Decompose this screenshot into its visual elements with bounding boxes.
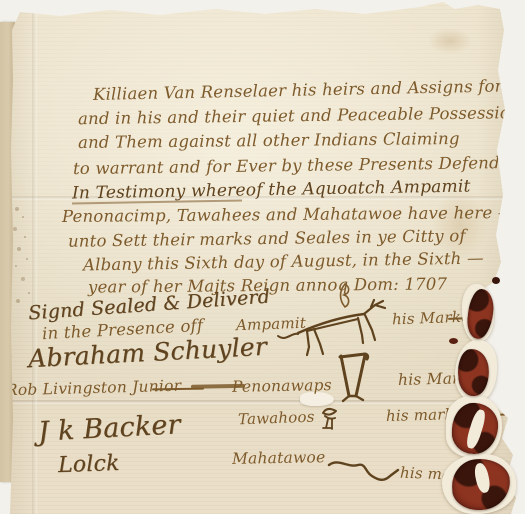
mark-name: Tawahoos xyxy=(238,408,315,429)
bird-pictograph-icon xyxy=(316,406,342,436)
paper-stain xyxy=(428,28,472,54)
mark-name: Penonawaps xyxy=(232,376,332,396)
attestation-line: Signd Sealed & Deliverd xyxy=(28,286,271,325)
deed-text-line: Killiaen Van Renselaer his heirs and Ass… xyxy=(93,75,525,104)
paper-stain xyxy=(432,190,488,260)
signature-rob-livingston: Rob Livingston Junior xyxy=(6,377,182,400)
vertical-fold xyxy=(32,10,37,514)
deed-text-line: Albany this Sixth day of August, in the … xyxy=(83,249,484,275)
mark-label: his Marke xyxy=(392,308,471,329)
mark-name: Mahatawoe xyxy=(232,448,326,468)
deed-text-line: and Them against all other Indians Claim… xyxy=(78,129,460,152)
horizontal-crease xyxy=(0,196,525,200)
signature-jk-backer: J k Backer xyxy=(37,409,181,447)
pen-underline xyxy=(72,200,242,204)
attestation-line: in the Presence off xyxy=(42,316,204,343)
signature-lolck: Lolck xyxy=(58,451,120,478)
deed-text-line: year of her Majts Reign annoq Dom: 1707 xyxy=(88,274,447,296)
snake-pictograph-icon xyxy=(328,458,400,484)
deed-text-line: unto Sett their marks and Seales in ye C… xyxy=(68,226,466,251)
paper-chip xyxy=(300,392,334,406)
kettle-pictograph-icon xyxy=(336,352,370,402)
ink-bleed-specks xyxy=(0,0,2,2)
mark-name: Ampamit xyxy=(236,314,307,334)
deed-text-line: Penonacimp, Tawahees and Mahatawoe have … xyxy=(62,203,515,226)
horizontal-crease xyxy=(0,400,525,404)
pen-flourish xyxy=(152,388,204,391)
pen-flourish xyxy=(338,283,352,309)
wax-seal-fragment xyxy=(449,338,458,344)
deer-pictograph-icon xyxy=(276,300,390,358)
deed-text-line: to warrant and for Ever by these Present… xyxy=(73,153,522,178)
scanned-document: Killiaen Van Renselaer his heirs and Ass… xyxy=(0,0,525,514)
signature-abraham-schuyler: Abraham Schuyler xyxy=(27,332,267,373)
deed-text-line: and in his and their quiet and Peaceable… xyxy=(78,103,525,128)
deed-text-line: In Testimony whereof the Aquoatch Ampami… xyxy=(72,177,471,204)
wax-seal-fragment xyxy=(492,277,500,284)
